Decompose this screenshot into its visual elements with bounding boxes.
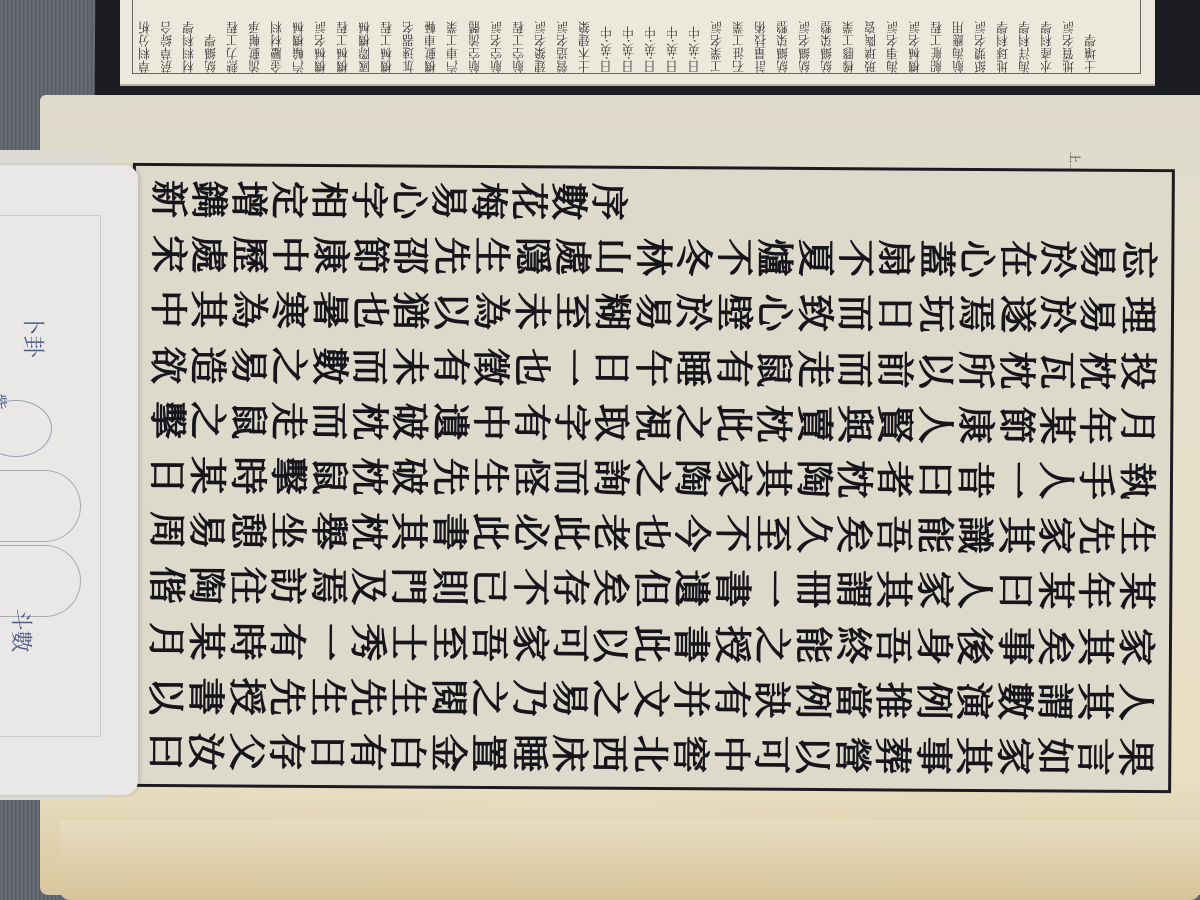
character: 乃 xyxy=(509,679,549,717)
character: 數 xyxy=(549,182,589,220)
character: 先 xyxy=(430,458,470,496)
character: 冊 xyxy=(793,570,833,608)
character: 節 xyxy=(350,236,390,274)
character: 有 xyxy=(511,403,551,441)
character: 日 xyxy=(147,456,187,494)
character: 某 xyxy=(1035,572,1075,610)
character: 能 xyxy=(792,625,832,663)
character: 在 xyxy=(997,240,1037,278)
character: 中 xyxy=(269,236,309,274)
character: 授 xyxy=(226,677,266,715)
character: 易 xyxy=(550,679,590,717)
character: 人 xyxy=(1115,683,1155,721)
character: 當 xyxy=(832,681,872,719)
top-book-entry: 機械工程 xyxy=(337,0,357,73)
character: 走 xyxy=(268,401,308,439)
character: 吾 xyxy=(874,515,914,553)
character: 以 xyxy=(146,677,186,715)
text-line: 新鐫增定相字心易梅花數序 xyxy=(150,174,1158,230)
character: 謂 xyxy=(833,570,873,608)
character: 焉 xyxy=(308,567,348,605)
character: 睡 xyxy=(673,349,713,387)
character: 金 xyxy=(428,734,468,772)
text-line: 月某時有一秀士至吾家可以此書授之能終吾身後事矣其家 xyxy=(147,615,1155,671)
character: 數 xyxy=(309,346,349,384)
text-frame: 新鐫增定相字心易梅花數序宋處歷中康節邵先生隱處山林冬不爐夏不扇蓋心在於易忘中其為… xyxy=(129,163,1175,793)
character: 演 xyxy=(954,682,994,720)
character: 某 xyxy=(186,622,226,660)
character: 定 xyxy=(269,181,309,219)
note-loop-mark xyxy=(0,545,81,617)
character: 往 xyxy=(227,567,267,605)
top-book-entry: 熱力工程 xyxy=(227,0,247,73)
character: 心 xyxy=(389,181,429,219)
character: 致 xyxy=(794,294,834,332)
character: 吾 xyxy=(873,626,913,664)
top-book-entry: 機械名詞 xyxy=(909,0,929,73)
note-handwriting: 斗數 xyxy=(7,608,38,652)
character: 不 xyxy=(835,239,875,277)
character: 但 xyxy=(631,569,671,607)
character: 偕 xyxy=(146,566,186,604)
character: 一 xyxy=(995,461,1035,499)
character: 也 xyxy=(631,514,671,552)
character: 其 xyxy=(1075,682,1115,720)
character: 生 xyxy=(388,678,428,716)
top-book-entry: 紡織染整 xyxy=(777,0,797,73)
text-line: 擊之鼠走而枕破遺中有字取視之此枕賣與賢人康節某年月 xyxy=(148,395,1156,451)
character: 人 xyxy=(1036,461,1076,499)
top-book-entry: 工業名詞 xyxy=(711,0,731,73)
character: 父 xyxy=(226,732,266,770)
character: 之 xyxy=(590,679,630,717)
character: 破 xyxy=(390,402,430,440)
top-book-entry: 流動軸承 xyxy=(249,0,269,73)
top-book-entry: 機動車輛 xyxy=(425,0,445,73)
character: 某 xyxy=(1036,406,1076,444)
character: 閱 xyxy=(428,678,468,716)
character: 月 xyxy=(1117,407,1157,445)
character: 易 xyxy=(1078,241,1118,279)
character: 字 xyxy=(349,181,389,219)
character: 中 xyxy=(711,735,751,773)
character: 至 xyxy=(552,293,592,331)
character: 詢 xyxy=(591,459,631,497)
top-book-entry: 日·英·中 xyxy=(601,0,621,73)
character: 以 xyxy=(590,624,630,662)
character: 其 xyxy=(953,737,993,775)
character: 手 xyxy=(1076,462,1116,500)
character: 賣 xyxy=(794,405,834,443)
character: 邵 xyxy=(391,237,431,275)
character: 易 xyxy=(429,182,469,220)
character: 周 xyxy=(147,511,187,549)
note-handwriting: 紫 xyxy=(0,393,12,409)
character: 矣 xyxy=(1035,627,1075,665)
character: 書 xyxy=(712,570,752,608)
top-book-entry: 橡膠工業 xyxy=(843,0,863,73)
character: 矣 xyxy=(591,569,631,607)
character: 壁 xyxy=(714,294,754,332)
character: 昔 xyxy=(955,461,995,499)
top-book-entry: 汽輪機械 xyxy=(293,0,313,73)
top-book-entry: 材料科學 xyxy=(183,0,203,73)
character: 而 xyxy=(309,402,349,440)
character: 取 xyxy=(592,403,632,441)
character: 焉 xyxy=(956,295,996,333)
character: 怪 xyxy=(511,458,551,496)
character: 未 xyxy=(390,347,430,385)
character: 生 xyxy=(470,458,510,496)
top-book-entry: 地球科學 xyxy=(997,0,1017,73)
character: 所 xyxy=(956,350,996,388)
character: 梅 xyxy=(469,182,509,220)
character: 坐 xyxy=(268,512,308,550)
character: 字 xyxy=(551,403,591,441)
character: 身 xyxy=(914,626,954,664)
character: 先 xyxy=(348,678,388,716)
character: 至 xyxy=(753,515,793,553)
character: 其 xyxy=(874,571,914,609)
character: 為 xyxy=(229,291,269,329)
character: 則 xyxy=(429,568,469,606)
top-book-entry: 日·英·中 xyxy=(689,0,709,73)
character: 也 xyxy=(511,348,551,386)
character: 鐫 xyxy=(189,180,229,218)
top-book-entry: 紡織學 xyxy=(205,0,225,73)
character: 擊 xyxy=(147,401,187,439)
character: 夏 xyxy=(795,239,835,277)
top-book-entry: 紡織染整 xyxy=(821,0,841,73)
character: 枕 xyxy=(349,457,389,495)
character: 其 xyxy=(188,291,228,329)
text-line: 欲造易之數而未有徵也一日午睡有鼠走而前以所枕瓦枕投 xyxy=(149,339,1157,395)
character: 後 xyxy=(954,626,994,664)
character: 易 xyxy=(228,346,268,384)
character: 生 xyxy=(307,678,347,716)
character: 門 xyxy=(389,568,429,606)
character: 時 xyxy=(227,622,267,660)
character: 置 xyxy=(468,734,508,772)
top-book-entry: 地質名詞 xyxy=(1063,0,1083,73)
character: 花 xyxy=(509,182,549,220)
character: 訣 xyxy=(752,680,792,718)
character: 此 xyxy=(551,514,591,552)
character: 易 xyxy=(187,511,227,549)
character: 一 xyxy=(308,622,348,660)
character: 增 xyxy=(229,180,269,218)
text-line: 日某時擊鼠枕破先生怪而詢之陶家其陶枕者曰昔一人手執 xyxy=(148,450,1156,506)
character: 相 xyxy=(309,181,349,219)
character: 心 xyxy=(956,240,996,278)
character: 也 xyxy=(350,292,390,330)
top-book-entry: 海洋科學 xyxy=(1019,0,1039,73)
character: 家 xyxy=(914,571,954,609)
top-book-entry: 日·英·中 xyxy=(645,0,665,73)
character: 并 xyxy=(671,680,711,718)
character: 鼠 xyxy=(309,457,349,495)
character: 家 xyxy=(1116,627,1156,665)
character: 先 xyxy=(431,237,471,275)
top-book-entry: 船舶工程 xyxy=(931,0,951,73)
top-book-columns: 草料分析菸草綜合材料科學紡織學熱力工程流動軸承金屬材料汽輪機械機械名詞機械工程國… xyxy=(132,0,1141,74)
character: 蓋 xyxy=(916,240,956,278)
character: 可 xyxy=(751,735,791,773)
character: 授 xyxy=(712,625,752,663)
character: 冬 xyxy=(674,238,714,276)
top-book-entry: 海事名詞 xyxy=(887,0,907,73)
character: 徵 xyxy=(471,347,511,385)
character: 爐 xyxy=(754,239,794,277)
character: 可 xyxy=(550,624,590,662)
character: 之 xyxy=(469,679,509,717)
top-book-entry: 航空流體 xyxy=(469,0,489,73)
top-book-entry: 計量技術 xyxy=(755,0,775,73)
character: 秀 xyxy=(348,623,388,661)
character: 之 xyxy=(188,401,228,439)
character: 曰 xyxy=(915,461,955,499)
character: 謂 xyxy=(1034,682,1074,720)
character: 易 xyxy=(633,293,673,331)
character: 枕 xyxy=(349,402,389,440)
character: 例 xyxy=(913,681,953,719)
character: 此 xyxy=(470,513,510,551)
top-book-entry: 日·英·中 xyxy=(667,0,687,73)
character: 文 xyxy=(630,680,670,718)
character: 老 xyxy=(591,514,631,552)
character: 此 xyxy=(631,624,671,662)
character: 家 xyxy=(510,624,550,662)
character: 數 xyxy=(994,682,1034,720)
character: 有 xyxy=(267,622,307,660)
character: 視 xyxy=(632,404,672,442)
character: 者 xyxy=(874,460,914,498)
character: 某 xyxy=(1116,572,1156,610)
character: 已 xyxy=(469,568,509,606)
character: 不 xyxy=(712,514,752,552)
character: 鼠 xyxy=(754,349,794,387)
character: 書 xyxy=(186,677,226,715)
character: 人 xyxy=(915,405,955,443)
top-book-entry: 國際機械 xyxy=(359,0,379,73)
character: 今 xyxy=(672,514,712,552)
character: 賢 xyxy=(875,405,915,443)
character: 而 xyxy=(835,294,875,332)
page-bottom-edge xyxy=(60,820,1200,900)
character: 之 xyxy=(673,404,713,442)
character: 其 xyxy=(753,460,793,498)
character: 不 xyxy=(510,568,550,606)
character: 年 xyxy=(1077,406,1117,444)
text-line: 以書授先生先生閱之乃易之文并有訣例當推例演數謂其人 xyxy=(147,671,1155,727)
character: 至 xyxy=(429,623,469,661)
character: 事 xyxy=(994,627,1034,665)
character: 而 xyxy=(551,458,591,496)
top-book-entry: 草料分析 xyxy=(139,0,159,73)
character: 不 xyxy=(714,239,754,277)
character: 易 xyxy=(1077,296,1117,334)
character: 果 xyxy=(1115,738,1155,776)
character: 吾 xyxy=(469,623,509,661)
character: 之 xyxy=(632,459,672,497)
character: 窖 xyxy=(670,735,710,773)
character: 於 xyxy=(673,294,713,332)
top-book-entry: 玻璃陶瓷 xyxy=(865,0,885,73)
character: 瓦 xyxy=(1036,351,1076,389)
top-book-entry: 航海應用 xyxy=(953,0,973,73)
character: 理 xyxy=(1118,296,1158,334)
text-line: 宋處歷中康節邵先生隱處山林冬不爐夏不扇蓋心在於易忘 xyxy=(149,229,1157,285)
character: 陶 xyxy=(793,460,833,498)
character: 林 xyxy=(633,238,673,276)
text-line: 周易憩坐舉枕其書此必此老也今不至久矣吾能識其家先生 xyxy=(148,505,1156,561)
character: 有 xyxy=(347,733,387,771)
character: 投 xyxy=(1117,351,1157,389)
text-line: 中其為寒暑也猶以為未至糊易於壁心致而日玩焉遂於易理 xyxy=(149,284,1157,340)
character: 糊 xyxy=(592,293,632,331)
character: 枕 xyxy=(834,460,874,498)
character: 某 xyxy=(187,456,227,494)
character: 書 xyxy=(671,625,711,663)
text-line: 曰汝父存日有白金置睡床西北窖中可以營葬事其家如言果 xyxy=(146,726,1154,782)
character: 必 xyxy=(510,513,550,551)
character: 推 xyxy=(873,681,913,719)
character: 午 xyxy=(632,348,672,386)
character: 陶 xyxy=(187,566,227,604)
character: 生 xyxy=(1116,517,1156,555)
character: 之 xyxy=(752,625,792,663)
character: 鼠 xyxy=(228,401,268,439)
character: 家 xyxy=(713,459,753,497)
character: 先 xyxy=(1076,517,1116,555)
top-book-entry: 機械工程 xyxy=(381,0,401,73)
character: 床 xyxy=(549,734,589,772)
character: 之 xyxy=(269,346,309,384)
character: 而 xyxy=(834,350,874,388)
character: 枕 xyxy=(1077,351,1117,389)
character: 未 xyxy=(512,293,552,331)
character: 破 xyxy=(389,457,429,495)
character: 其 xyxy=(389,513,429,551)
character: 言 xyxy=(1075,737,1115,775)
text-line: 偕陶往訪焉及門則已不存矣但遺書一冊謂其家人曰某年某 xyxy=(147,560,1155,616)
character: 中 xyxy=(470,403,510,441)
character: 久 xyxy=(793,515,833,553)
character: 枕 xyxy=(753,404,793,442)
character: 新 xyxy=(149,180,189,218)
character: 家 xyxy=(1035,516,1075,554)
character: 人 xyxy=(954,571,994,609)
top-book-entry: 土壤學 xyxy=(1085,0,1105,73)
character: 節 xyxy=(996,406,1036,444)
text-lines: 新鐫增定相字心易梅花數序宋處歷中康節邵先生隱處山林冬不爐夏不扇蓋心在於易忘中其為… xyxy=(146,174,1158,782)
character: 以 xyxy=(792,736,832,774)
character: 與 xyxy=(834,405,874,443)
character: 執 xyxy=(1117,462,1157,500)
character: 有 xyxy=(713,349,753,387)
character: 造 xyxy=(188,346,228,384)
character: 玩 xyxy=(916,295,956,333)
character: 存 xyxy=(550,569,590,607)
character: 山 xyxy=(593,238,633,276)
character: 遺 xyxy=(430,402,470,440)
character: 遂 xyxy=(996,295,1036,333)
character: 走 xyxy=(794,349,834,387)
character: 為 xyxy=(471,292,511,330)
character: 士 xyxy=(388,623,428,661)
character: 年 xyxy=(1076,572,1116,610)
character: 於 xyxy=(1037,296,1077,334)
character: 識 xyxy=(955,516,995,554)
sticky-note[interactable]: 卜卦 紫 斗數 xyxy=(0,165,138,795)
character: 西 xyxy=(590,735,630,773)
character: 以 xyxy=(431,292,471,330)
character: 曰 xyxy=(145,732,185,770)
character: 營 xyxy=(832,736,872,774)
character: 寒 xyxy=(269,291,309,329)
character: 事 xyxy=(913,736,953,774)
character: 有 xyxy=(430,347,470,385)
character: 終 xyxy=(833,626,873,664)
character: 憩 xyxy=(227,512,267,550)
character: 歷 xyxy=(229,236,269,274)
character: 北 xyxy=(630,735,670,773)
character: 家 xyxy=(994,737,1034,775)
top-book-entry: 航空名詞 xyxy=(491,0,511,73)
top-book-entry: 金屬材料 xyxy=(271,0,291,73)
character: 枕 xyxy=(349,512,389,550)
character: 以 xyxy=(915,350,955,388)
top-book-entry: 石油工業 xyxy=(733,0,753,73)
character: 處 xyxy=(189,235,229,273)
character: 欲 xyxy=(148,345,188,383)
character: 宋 xyxy=(148,235,188,273)
character: 處 xyxy=(552,238,592,276)
character: 序 xyxy=(589,183,629,221)
character: 一 xyxy=(552,348,592,386)
character: 暑 xyxy=(310,291,350,329)
character: 曰 xyxy=(995,571,1035,609)
top-book-entry: 土木建築 xyxy=(579,0,599,73)
character: 一 xyxy=(752,570,792,608)
top-book-entry: 建築名詞 xyxy=(535,0,555,73)
character: 康 xyxy=(955,406,995,444)
character: 先 xyxy=(267,677,307,715)
character: 心 xyxy=(754,294,794,332)
top-book-entry: 紡織名詞 xyxy=(799,0,819,73)
character: 忘 xyxy=(1118,241,1158,279)
character: 如 xyxy=(1034,737,1074,775)
top-book-entry: 水產科學 xyxy=(1041,0,1061,73)
character: 睡 xyxy=(509,734,549,772)
top-book-entry: 加速器名 xyxy=(403,0,423,73)
character: 隱 xyxy=(512,237,552,275)
character: 擊 xyxy=(268,457,308,495)
character: 前 xyxy=(875,350,915,388)
character: 其 xyxy=(995,516,1035,554)
character: 而 xyxy=(350,347,390,385)
top-book-entry: 機械名詞 xyxy=(315,0,335,73)
top-book-page: 草料分析菸草綜合材料科學紡織學熱力工程流動軸承金屬材料汽輪機械機械名詞機械工程國… xyxy=(120,0,1155,86)
character: 其 xyxy=(1075,627,1115,665)
character: 訪 xyxy=(267,567,307,605)
character: 遺 xyxy=(671,569,711,607)
character: 陶 xyxy=(672,459,712,497)
character: 汝 xyxy=(186,732,226,770)
character: 日 xyxy=(875,295,915,333)
character: 日 xyxy=(307,733,347,771)
character: 於 xyxy=(1037,241,1077,279)
